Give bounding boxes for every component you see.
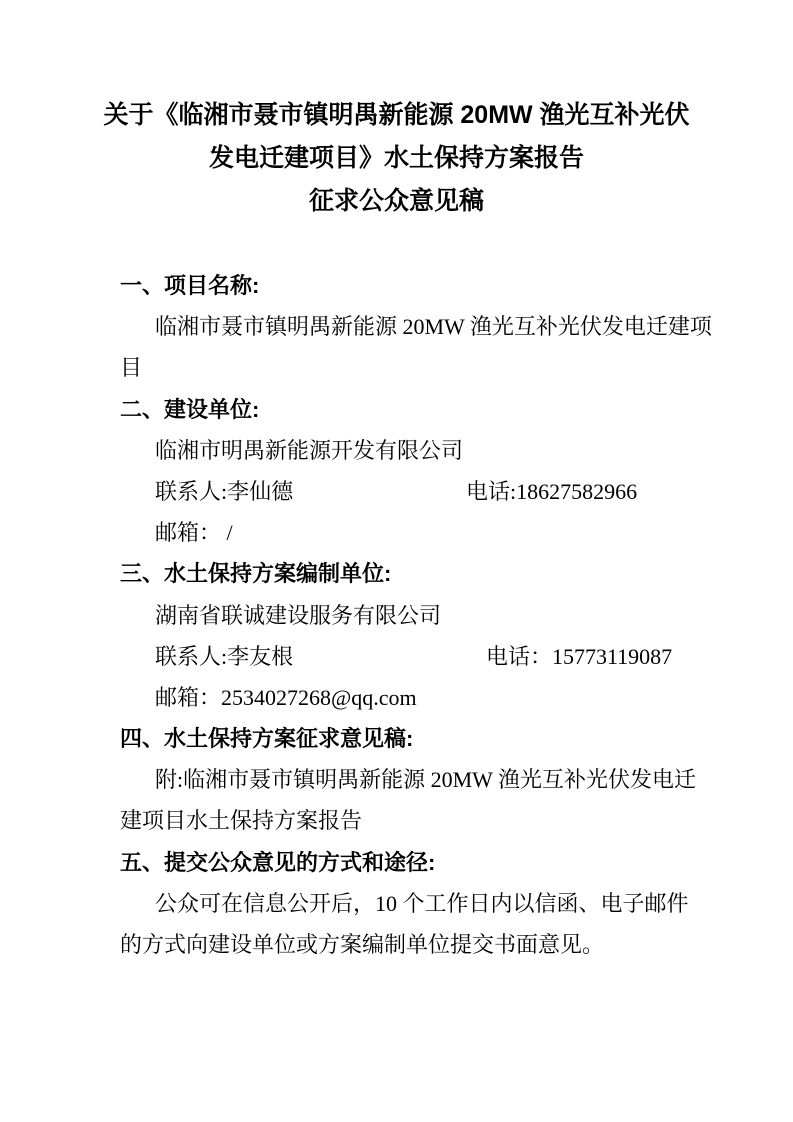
contact-person-construction: 联系人:李仙德 (155, 479, 293, 504)
para-compiler-email: 邮箱：2534027268@qq.com (120, 677, 760, 718)
para-submission-line-2: 的方式向建设单位或方案编制单位提交书面意见。 (120, 924, 760, 965)
title-line-2: 发电迁建项目》水土保持方案报告 (0, 137, 793, 180)
para-project-name-line-2: 目 (120, 347, 760, 388)
heading-construction-unit: 二、建设单位: (120, 389, 760, 430)
heading-project-name: 一、项目名称: (120, 265, 760, 306)
title-line-1: 关于《临湘市聂市镇明禺新能源 20MW 渔光互补光伏 (0, 94, 793, 137)
para-draft-line-1: 附:临湘市聂市镇明禺新能源 20MW 渔光互补光伏发电迁 (120, 759, 760, 800)
para-draft-line-2: 建项目水土保持方案报告 (120, 800, 760, 841)
title-line-3: 征求公众意见稿 (0, 180, 793, 223)
document-body: 一、项目名称: 临湘市聂市镇明禺新能源 20MW 渔光互补光伏发电迁建项 目 二… (120, 265, 760, 965)
heading-submission-method: 五、提交公众意见的方式和途径: (120, 842, 760, 883)
para-compiler-company: 湖南省联诚建设服务有限公司 (120, 595, 760, 636)
document-title: 关于《临湘市聂市镇明禺新能源 20MW 渔光互补光伏 发电迁建项目》水土保持方案… (0, 94, 793, 223)
heading-draft-attachment: 四、水土保持方案征求意见稿: (120, 718, 760, 759)
contact-phone-compiler: 电话：15773119087 (486, 636, 672, 677)
contact-phone-construction: 电话:18627582966 (466, 471, 637, 512)
para-submission-line-1: 公众可在信息公开后，10 个工作日内以信函、电子邮件 (120, 883, 760, 924)
para-construction-company: 临湘市明禺新能源开发有限公司 (120, 430, 760, 471)
contact-row-construction: 联系人:李仙德 电话:18627582966 (120, 471, 760, 512)
contact-person-compiler: 联系人:李友根 (155, 644, 293, 669)
para-construction-email: 邮箱： / (120, 512, 760, 553)
document-page: 关于《临湘市聂市镇明禺新能源 20MW 渔光互补光伏 发电迁建项目》水土保持方案… (0, 0, 793, 1122)
heading-compiler-unit: 三、水土保持方案编制单位: (120, 553, 760, 594)
para-project-name-line-1: 临湘市聂市镇明禺新能源 20MW 渔光互补光伏发电迁建项 (120, 306, 760, 347)
contact-row-compiler: 联系人:李友根 电话：15773119087 (120, 636, 760, 677)
